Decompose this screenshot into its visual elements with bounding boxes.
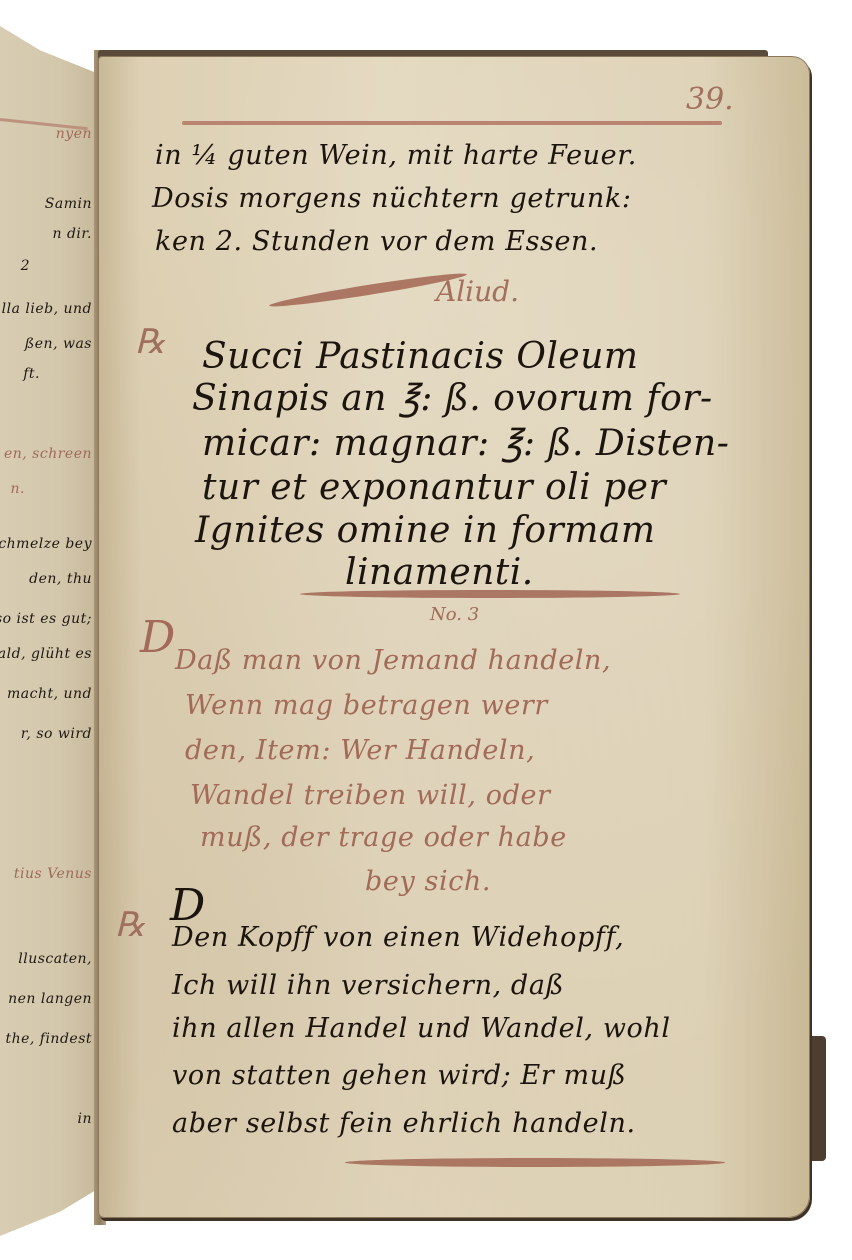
left-line: macht, und — [7, 686, 92, 702]
left-line: nyen — [56, 126, 92, 142]
left-line: lluscaten, — [18, 951, 92, 967]
text-line: den, Item: Wer Handeln, — [185, 735, 535, 766]
recipe-symbol-icon: ℞ — [115, 905, 145, 945]
left-line: so ist es gut; — [0, 611, 92, 627]
latin-line: Ignites omine in formam — [195, 510, 656, 551]
text-line: Wenn mag betragen werr — [185, 690, 548, 721]
red-swash-divider — [345, 1158, 725, 1167]
left-line: the, findest — [5, 1031, 92, 1047]
left-line: ald, glüht es — [0, 646, 92, 662]
text-line: ihn allen Handel und Wandel, wohl — [172, 1013, 671, 1044]
latin-line: micar: magnar: ℥: ß. Disten- — [202, 423, 729, 464]
latin-line: Succi Pastinacis Oleum — [202, 336, 639, 377]
left-line: 2 — [21, 258, 30, 274]
left-page: nyen Samin n dir. 2 lla lieb, und ßen, w… — [0, 26, 100, 1236]
page-number: 39. — [686, 82, 734, 117]
text-line: von statten gehen wird; Er muß — [172, 1060, 626, 1091]
left-line: n dir. — [52, 226, 92, 242]
latin-line: linamenti. — [345, 552, 534, 593]
text-line: Daß man von Jemand handeln, — [175, 645, 611, 676]
decorated-initial: D — [140, 612, 175, 663]
text-line: in ¼ guten Wein, mit harte Feuer. — [155, 140, 637, 171]
latin-line: Sinapis an ℥: ß. ovorum for- — [192, 378, 713, 419]
header-red-rule — [182, 121, 722, 125]
text-line: Den Kopff von einen Widehopff, — [172, 922, 624, 953]
text-line: bey sich. — [365, 866, 491, 897]
latin-line: tur et exponantur oli per — [202, 467, 666, 508]
left-line: ßen, was — [25, 336, 92, 352]
red-swash-divider — [300, 590, 680, 598]
left-line: en, schreen — [4, 446, 92, 462]
text-line: muß, der trage oder habe — [200, 822, 567, 853]
left-line: schmelze bey — [0, 536, 92, 552]
left-line: lla lieb, und — [2, 301, 92, 317]
left-line: nen langen — [8, 991, 92, 1007]
recipe-symbol-icon: ℞ — [135, 322, 165, 362]
text-line: Ich will ihn versichern, daß — [172, 970, 564, 1001]
left-line: n. — [11, 481, 25, 497]
heading-aliud: Aliud. — [436, 275, 519, 308]
left-line: den, thu — [29, 571, 92, 587]
text-line: Wandel treiben will, oder — [190, 780, 551, 811]
left-line: Samin — [45, 196, 92, 212]
left-line: r, so wird — [21, 726, 92, 742]
left-line: in — [78, 1111, 93, 1127]
left-line: tius Venus — [14, 866, 92, 882]
text-line: Dosis morgens nüchtern getrunk: — [152, 183, 632, 214]
section-number-mark: No. 3 — [430, 604, 479, 625]
text-line: ken 2. Stunden vor dem Essen. — [155, 226, 598, 257]
left-line: ft. — [23, 366, 40, 382]
text-line: aber selbst fein ehrlich handeln. — [172, 1108, 636, 1139]
